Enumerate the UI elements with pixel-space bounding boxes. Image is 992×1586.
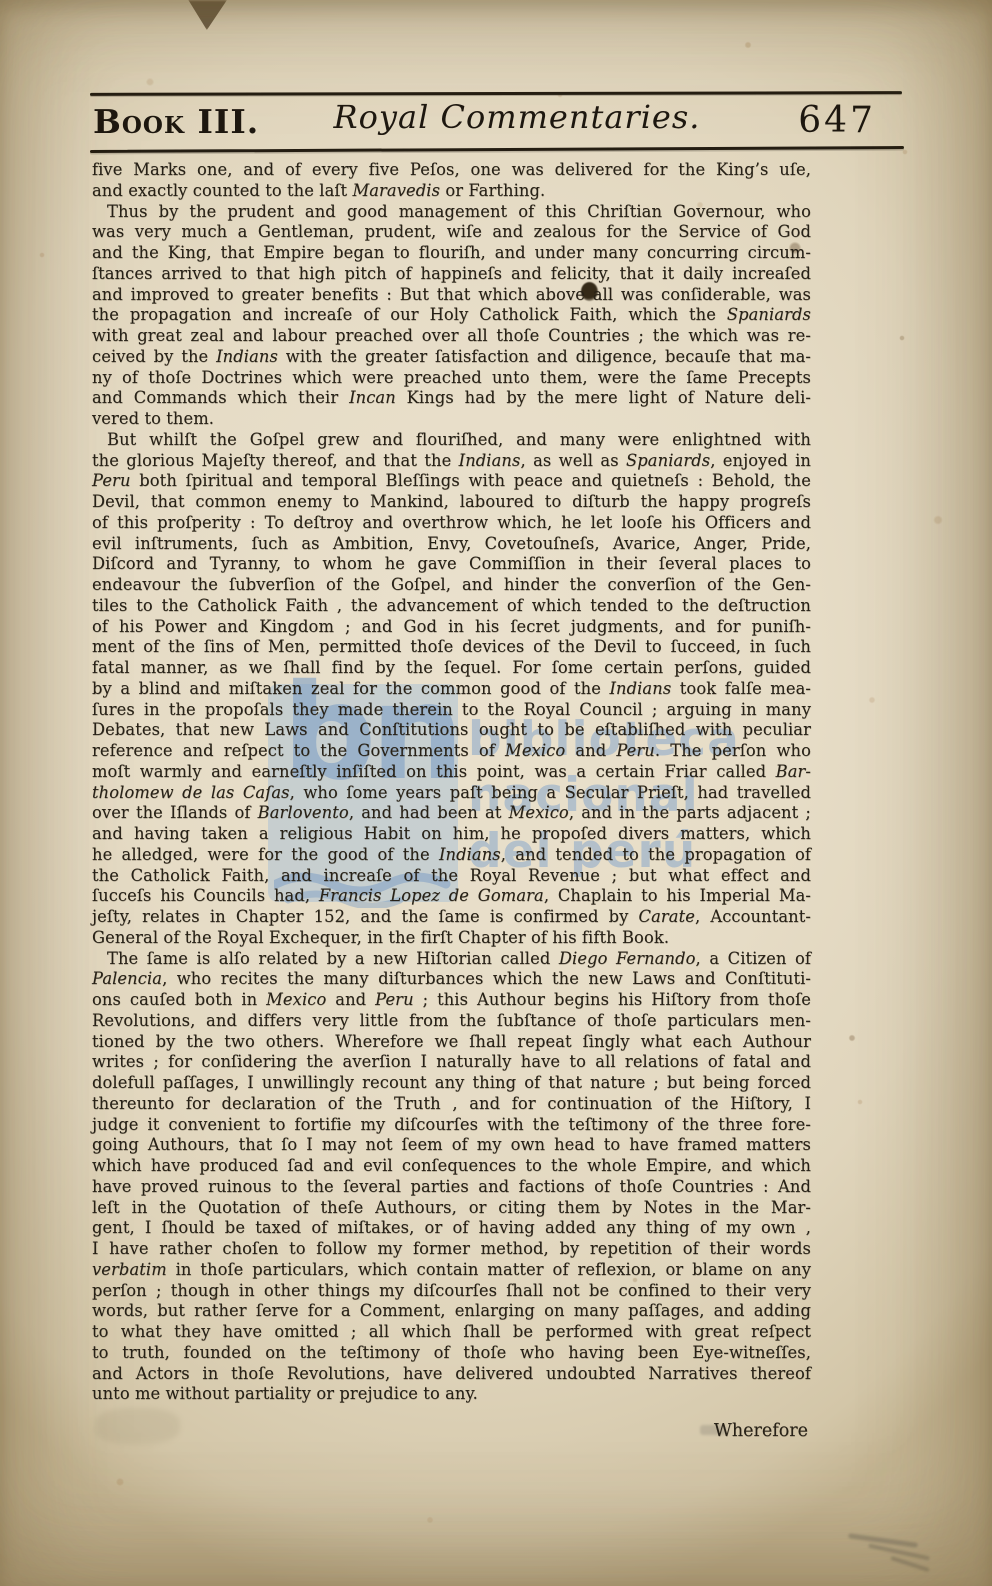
text-line: writes ; for conſidering the averſion I … bbox=[92, 1052, 811, 1073]
text-line: ons cauſed both in Mexico and Peru ; thi… bbox=[92, 990, 811, 1011]
text-line: ceived by the Indians with the greater ſ… bbox=[92, 347, 811, 368]
text-line: vered to them. bbox=[92, 409, 811, 430]
text-line: I have rather choſen to follow my former… bbox=[92, 1239, 811, 1260]
text-line: fatal manner, as we ſhall find by the ſe… bbox=[92, 658, 811, 679]
text-line: ſtances arrived to that high pitch of ha… bbox=[92, 264, 811, 285]
text-line: perſon ; though in other things my diſco… bbox=[92, 1281, 811, 1302]
text-line: leſt in the Quotation of theſe Authours,… bbox=[92, 1198, 811, 1219]
book-page: bn bibliotecanacionaldel perú Book III. … bbox=[0, 0, 992, 1586]
text-line: with great zeal and labour preached over… bbox=[92, 326, 811, 347]
text-line: by a blind and miſtaken zeal for the com… bbox=[92, 679, 811, 700]
text-line: Palencia, who recites the many diſturban… bbox=[92, 969, 811, 990]
text-line: The ſame is alſo related by a new Hiſtor… bbox=[92, 949, 811, 970]
text-line: thereunto for declaration of the Truth ,… bbox=[92, 1094, 811, 1115]
text-line: But whilſt the Goſpel grew and flouriſhe… bbox=[92, 430, 811, 451]
text-line: the propagation and increaſe of our Holy… bbox=[92, 305, 811, 326]
top-edge-stain bbox=[185, 0, 227, 30]
text-line: gent, I ſhould be taxed of miſtakes, or … bbox=[92, 1218, 811, 1239]
text-line: Revolutions, and differs very little fro… bbox=[92, 1011, 811, 1032]
text-line: Thus by the prudent and good management … bbox=[92, 202, 811, 223]
text-line: which have produced ſad and evil conſequ… bbox=[92, 1156, 811, 1177]
text-line: and Commands which their Incan Kings had… bbox=[92, 388, 811, 409]
text-line: jeſty, relates in Chapter 152, and the ſ… bbox=[92, 907, 811, 928]
text-line: and Actors in thoſe Revolutions, have de… bbox=[92, 1364, 811, 1385]
text-line: endeavour the ſubverſion of the Goſpel, … bbox=[92, 575, 811, 596]
text-line: judge it convenient to fortifie my diſco… bbox=[92, 1115, 811, 1136]
catchword: Wherefore bbox=[92, 1421, 808, 1441]
text-line: tiles to the Catholick Faith , the advan… bbox=[92, 596, 811, 617]
text-line: and improved to greater benefits : But t… bbox=[92, 285, 811, 306]
text-line: over the Iſlands of Barlovento, and had … bbox=[92, 803, 811, 824]
text-line: unto me without partiality or prejudice … bbox=[92, 1384, 811, 1405]
text-line: moſt warmly and earneſtly inſiſted on th… bbox=[92, 762, 811, 783]
text-line: of this proſperity : To deſtroy and over… bbox=[92, 513, 811, 534]
text-line: tholomew de las Caſas, who ſome years pa… bbox=[92, 783, 811, 804]
text-line: he alledged, were for the good of the In… bbox=[92, 845, 811, 866]
text-line: the glorious Majeſty thereof, and that t… bbox=[92, 451, 811, 472]
text-line: words, but rather ſerve for a Comment, e… bbox=[92, 1301, 811, 1322]
text-line: Debates, that new Laws and Conſtitutions… bbox=[92, 720, 811, 741]
text-line: General of the Royal Exchequer, in the f… bbox=[92, 928, 811, 949]
text-line: Peru both ſpiritual and temporal Bleſſin… bbox=[92, 471, 811, 492]
text-column: five Marks one, and of every five Peſos,… bbox=[92, 160, 811, 1405]
text-line: tioned by the two others. Wherefore we ſ… bbox=[92, 1032, 811, 1053]
text-line: was very much a Gentleman, prudent, wiſe… bbox=[92, 222, 811, 243]
page-header: Book III. Royal Commentaries. 647 bbox=[92, 96, 904, 148]
text-line: Devil, that common enemy to Mankind, lab… bbox=[92, 492, 811, 513]
text-line: evil inſtruments, ſuch as Ambition, Envy… bbox=[92, 534, 811, 555]
text-line: to what they have omitted ; all which ſh… bbox=[92, 1322, 811, 1343]
text-line: ſucceſs his Councils had, Francis Lopez … bbox=[92, 886, 811, 907]
text-line: verbatim in thoſe particulars, which con… bbox=[92, 1260, 811, 1281]
page-number: 647 bbox=[798, 100, 876, 141]
header-rule-top bbox=[90, 91, 902, 95]
text-line: the Catholick Faith, and increaſe of the… bbox=[92, 866, 811, 887]
text-line: have proved ruinous to the ſeveral parti… bbox=[92, 1177, 811, 1198]
text-line: dolefull paſſages, I unwillingly recount… bbox=[92, 1073, 811, 1094]
book-label: Book III. bbox=[93, 102, 259, 141]
text-line: ſures in the propoſals they made therein… bbox=[92, 700, 811, 721]
text-line: ment of the ſins of Men, permitted thoſe… bbox=[92, 637, 811, 658]
running-title: Royal Commentaries. bbox=[297, 98, 737, 136]
text-line: Diſcord and Tyranny, to whom he gave Com… bbox=[92, 554, 811, 575]
text-line: and exactly counted to the laſt Maravedi… bbox=[92, 181, 811, 202]
text-line: of his Power and Kingdom ; and God in hi… bbox=[92, 617, 811, 638]
text-line: to truth, founded on the teſtimony of th… bbox=[92, 1343, 811, 1364]
text-line: and the King, that Empire began to flour… bbox=[92, 243, 811, 264]
text-line: and having taken a religious Habit on hi… bbox=[92, 824, 811, 845]
text-line: ny of thoſe Doctrines which were preache… bbox=[92, 368, 811, 389]
text-line: five Marks one, and of every five Peſos,… bbox=[92, 160, 811, 181]
text-line: going Authours, that ſo I may not ſeem o… bbox=[92, 1135, 811, 1156]
text-line: reference and reſpect to the Governments… bbox=[92, 741, 811, 762]
